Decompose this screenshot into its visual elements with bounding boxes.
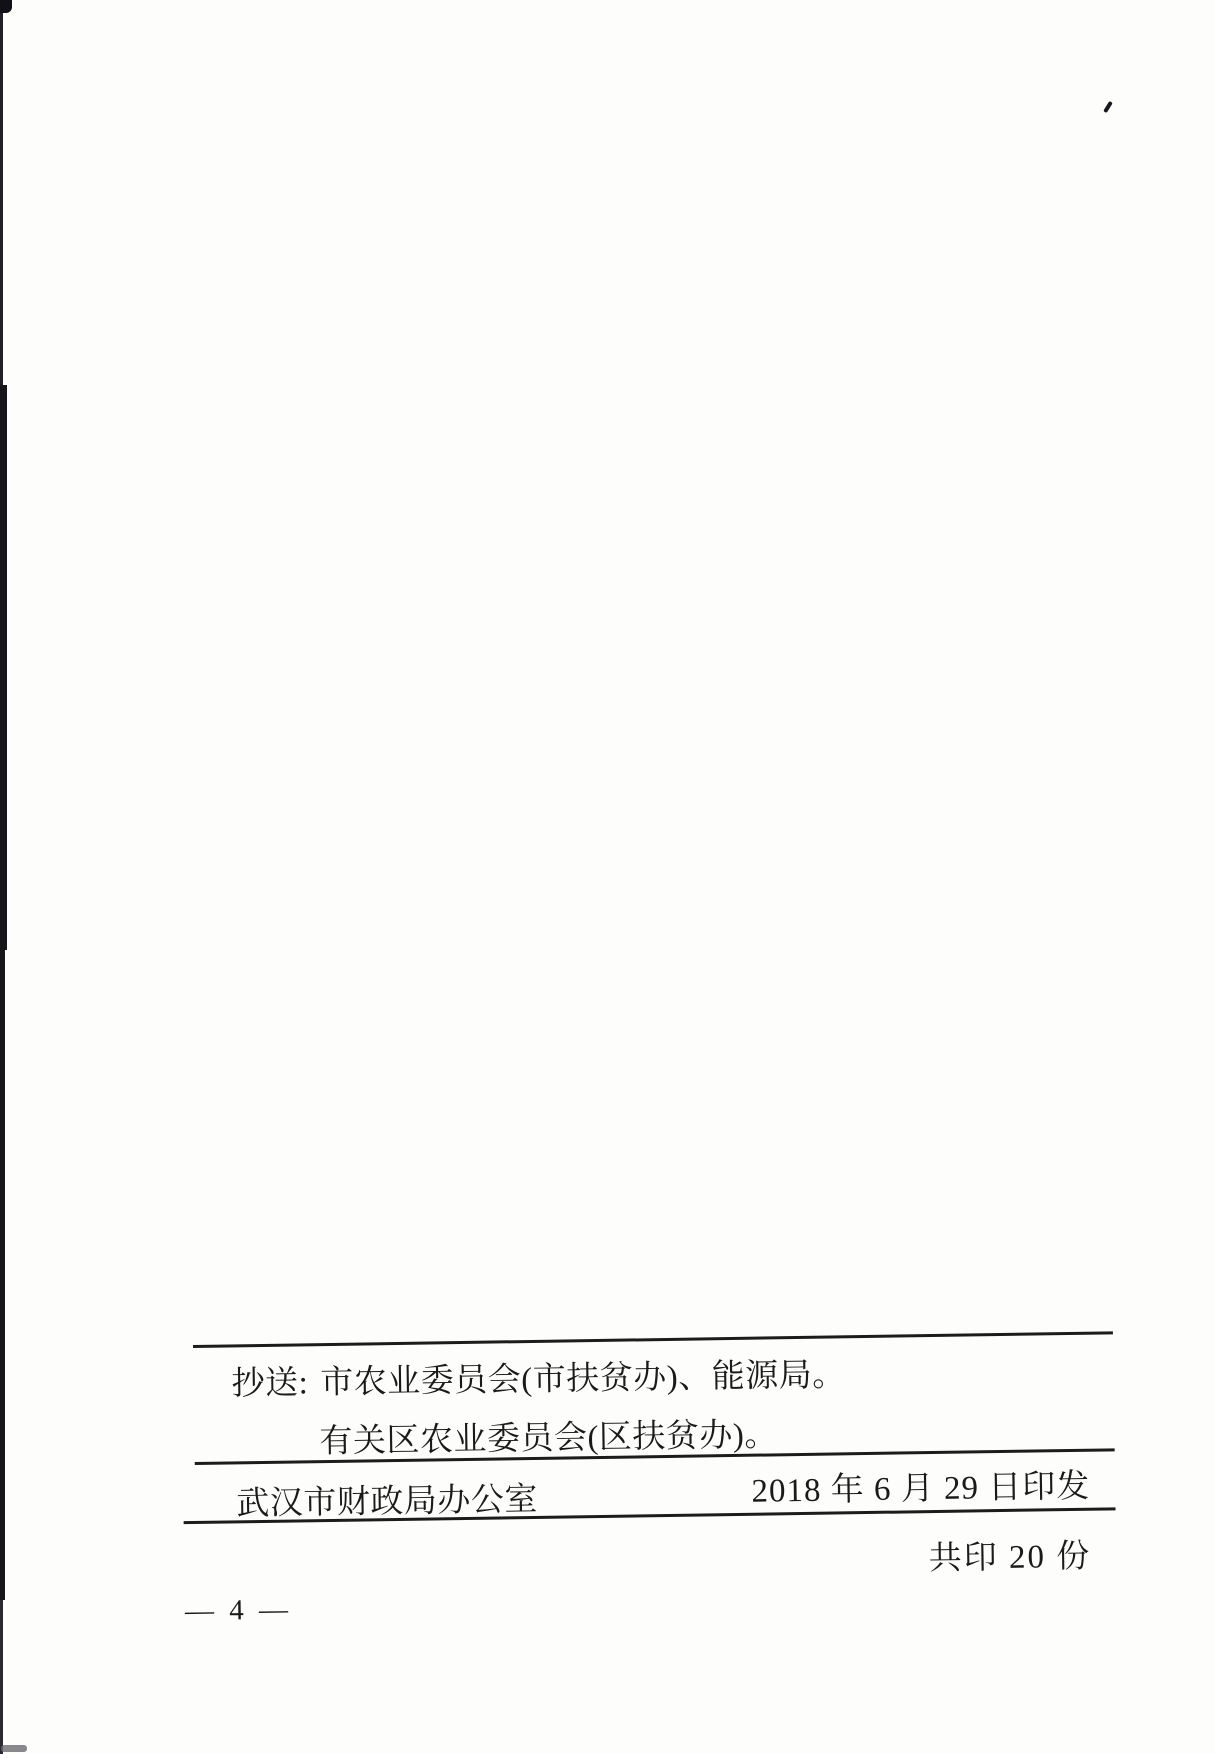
print-copies-count: 共印 20 份 — [928, 1530, 1091, 1579]
scan-left-edge-artifact — [0, 1600, 3, 1754]
cc-recipients-primary: 市农业委员会(市扶贫办)、能源局。 — [320, 1357, 846, 1401]
scan-left-edge-artifact — [0, 0, 3, 385]
scan-corner-artifact — [0, 0, 12, 13]
cc-label: 抄送: — [231, 1365, 308, 1402]
footer-divider-top — [193, 1331, 1113, 1348]
print-date: 2018 年 6 月 29 日印发 — [751, 1460, 1090, 1512]
scan-bottom-smudge — [1, 1745, 27, 1752]
cc-line-1: 抄送:市农业委员会(市扶贫办)、能源局。 — [231, 1348, 846, 1404]
scan-left-edge-artifact — [0, 385, 7, 950]
scan-left-edge-artifact — [0, 950, 5, 1600]
document-footer-block: 抄送:市农业委员会(市扶贫办)、能源局。 有关区农业委员会(区扶贫办)。 武汉市… — [193, 1331, 1118, 1675]
page-number: — 4 — — [185, 1594, 292, 1629]
scan-ink-speck — [1103, 101, 1113, 113]
scanned-document-page: 抄送:市农业委员会(市扶贫办)、能源局。 有关区农业委员会(区扶贫办)。 武汉市… — [0, 0, 1214, 1754]
